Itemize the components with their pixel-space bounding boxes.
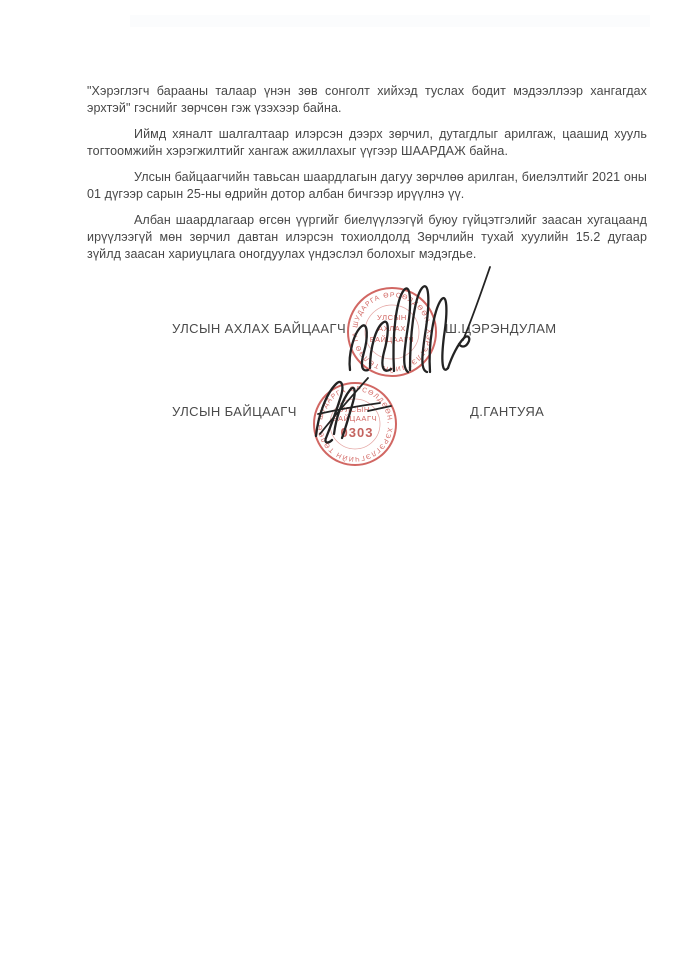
- signer-title-state-inspector: УЛСЫН БАЙЦААГЧ: [172, 404, 297, 419]
- paragraph-4: Албан шаардлагаар өгсөн үүргийг биелүүлэ…: [87, 212, 647, 263]
- signer-title-senior-inspector: УЛСЫН АХЛАХ БАЙЦААГЧ: [172, 321, 346, 336]
- scanned-document: { "document": { "paragraphs": [ {"text":…: [0, 0, 698, 960]
- stamp-2-number: 0303: [341, 425, 374, 440]
- handwritten-signature-1: [350, 267, 490, 372]
- paragraph-3: Улсын байцаагчийн тавьсан шаардлагын даг…: [87, 169, 647, 203]
- document-body: "Хэрэглэгч барааны талаар үнэн зөв сонго…: [87, 83, 647, 272]
- document-page: "Хэрэглэгч барааны талаар үнэн зөв сонго…: [0, 0, 698, 960]
- paragraph-1: "Хэрэглэгч барааны талаар үнэн зөв сонго…: [87, 83, 647, 117]
- signature-block-state-inspector: УЛСЫН БАЙЦААГЧ Д.ГАНТУЯА: [0, 404, 698, 422]
- signer-name-tserendulam: Ш.ЦЭРЭНДУЛАМ: [445, 321, 557, 336]
- scan-artifact: [130, 15, 650, 27]
- signer-name-gantuya: Д.ГАНТУЯА: [470, 404, 544, 419]
- paragraph-2: Иймд хяналт шалгалтаар илэрсэн дээрх зөр…: [87, 126, 647, 160]
- signature-block-senior-inspector: УЛСЫН АХЛАХ БАЙЦААГЧ Ш.ЦЭРЭНДУЛАМ: [0, 321, 698, 339]
